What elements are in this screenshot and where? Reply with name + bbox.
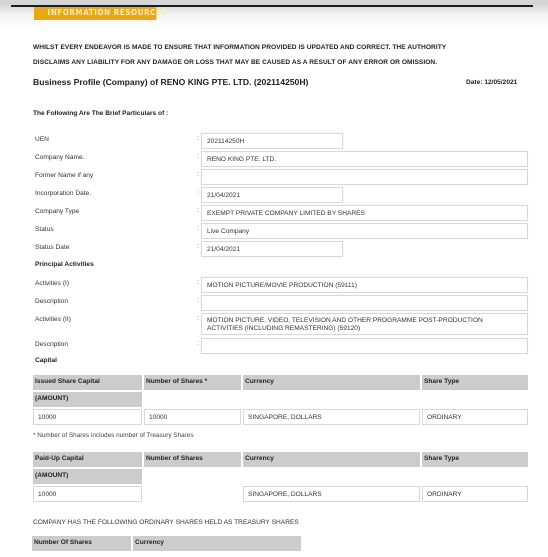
colon: : <box>197 340 199 347</box>
label-activities-2: Activities (II) <box>35 316 71 323</box>
paidup-header-share-type: Share Type <box>422 452 528 467</box>
label-incorporation-date: Incorporation Date. <box>35 190 91 197</box>
report-date: Date: 12/05/2021 <box>466 79 517 86</box>
field-activities-2: MOTION PICTURE, VIDEO, TELEVISION AND OT… <box>201 313 528 335</box>
field-activities-1: MOTION PICTURE/MOVIE PRODUCTION (59111) <box>201 277 528 293</box>
label-company-type: Company Type <box>35 208 79 215</box>
paidup-cell-share-type: ORDINARY <box>422 486 528 502</box>
field-uen: 202114250H <box>201 133 343 149</box>
colon: : <box>197 135 199 142</box>
treasury-header-shares: Number Of Shares <box>32 536 131 551</box>
disclaimer: WHILST EVERY ENDEAVOR IS MADE TO ENSURE … <box>33 40 533 70</box>
issued-cell-currency: SINGAPORE, DOLLARS <box>243 409 420 425</box>
treasury-heading: COMPANY HAS THE FOLLOWING ORDINARY SHARE… <box>33 519 299 526</box>
paidup-cell-currency: SINGAPORE, DOLLARS <box>243 486 420 502</box>
activities-2-line-1: MOTION PICTURE, VIDEO, TELEVISION AND OT… <box>207 317 527 325</box>
paidup-header-currency: Currency <box>243 452 420 467</box>
field-company-type: EXEMPT PRIVATE COMPANY LIMITED BY SHARES <box>201 205 528 221</box>
colon: : <box>197 243 199 250</box>
treasury-note: * Number of Shares includes number of Tr… <box>33 432 194 439</box>
colon: : <box>197 171 199 178</box>
issued-header-shares: Number of Shares * <box>144 375 241 390</box>
issued-header-share-type: Share Type <box>422 375 528 390</box>
colon: : <box>197 225 199 232</box>
label-description-2: Description <box>35 341 68 348</box>
paidup-header-shares: Number of Shares <box>144 452 241 467</box>
paidup-subheader-amount: (AMOUNT) <box>33 469 142 484</box>
paidup-header-amount: Paid-Up Capital <box>33 452 142 467</box>
issued-cell-amount: 10000 <box>33 409 142 425</box>
paidup-cell-amount: 10000 <box>33 486 142 502</box>
issued-header-amount: Issued Share Capital <box>33 375 142 390</box>
colon: : <box>197 297 199 304</box>
issued-cell-share-type: ORDINARY <box>422 409 528 425</box>
colon: : <box>197 153 199 160</box>
colon: : <box>197 315 199 322</box>
field-former-name <box>201 169 528 185</box>
field-description-1 <box>201 295 528 311</box>
label-description-1: Description <box>35 298 68 305</box>
activities-2-line-2: ACTIVITIES (INCLUDING REMASTERING) (5912… <box>207 325 527 333</box>
disclaimer-line-2: DISCLAIMS ANY LIABILITY FOR ANY DAMAGE O… <box>33 55 533 70</box>
colon: : <box>197 189 199 196</box>
page-title: Business Profile (Company) of RENO KING … <box>33 77 308 87</box>
field-status-date: 21/04/2021 <box>201 241 343 257</box>
field-description-2 <box>201 338 528 354</box>
issued-cell-shares: 10000 <box>144 409 241 425</box>
label-former-name: Former Name if any <box>35 172 93 179</box>
label-status-date: Status Date <box>35 244 69 251</box>
issued-header-currency: Currency <box>243 375 420 390</box>
field-company-name: RENO KING PTE. LTD. <box>201 151 528 167</box>
field-incorporation-date: 21/04/2021 <box>201 187 343 203</box>
issued-subheader-amount: (AMOUNT) <box>33 392 142 407</box>
brand-tab: INFORMATION RESOURCES <box>34 7 156 20</box>
capital-heading: Capital <box>35 357 57 364</box>
field-status: Live Company <box>201 223 528 239</box>
label-status: Status <box>35 226 54 233</box>
colon: : <box>197 207 199 214</box>
label-uen: UEN <box>35 136 49 143</box>
disclaimer-line-1: WHILST EVERY ENDEAVOR IS MADE TO ENSURE … <box>33 40 533 55</box>
brief-heading: The Following Are The Brief Particulars … <box>33 110 168 117</box>
label-company-name: Company Name. <box>35 154 84 161</box>
label-activities-1: Activities (I) <box>35 280 69 287</box>
principal-activities-heading: Principal Activities <box>35 261 94 268</box>
treasury-header-currency: Currency <box>133 536 301 551</box>
colon: : <box>197 279 199 286</box>
